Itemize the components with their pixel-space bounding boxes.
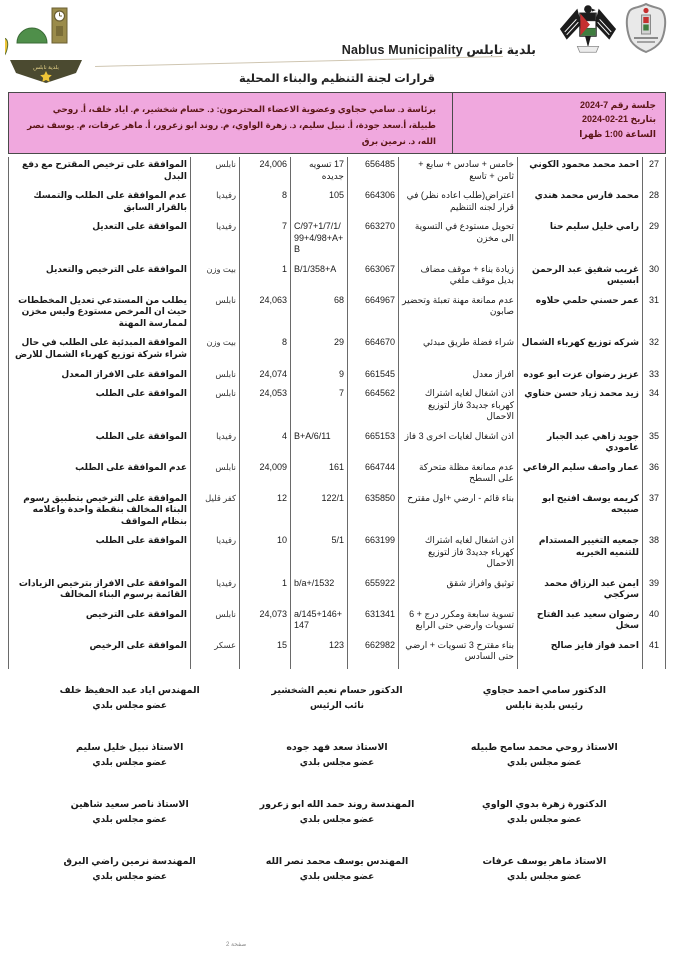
case-number: 665153 <box>347 429 398 460</box>
block-number: 12 <box>239 491 290 534</box>
row-number: 34 <box>642 386 665 429</box>
row-number: 38 <box>642 533 665 576</box>
block-number: 1 <box>239 262 290 293</box>
block-number: 24,073 <box>239 607 290 638</box>
plot-number: a/145+146+147 <box>290 607 347 638</box>
transaction-subject: زيادة بناء + موقف مضاف بديل موقف ملغي <box>398 262 517 293</box>
transaction-subject: شراء فضلة طريق مبدئي <box>398 335 517 366</box>
case-number: 663199 <box>347 533 398 576</box>
transaction-subject: اعتراض(طلب اعاده نظر) في قرار لجنه التنظ… <box>398 188 517 219</box>
table-row: 40رضوان سعيد عبد الفتاح سخلتسوية سابعة و… <box>9 607 665 638</box>
row-number: 39 <box>642 576 665 607</box>
table-row: 29رامي خليل سليم حناتحويل مستودع في التس… <box>9 219 665 262</box>
row-number: 32 <box>642 335 665 366</box>
row-number: 36 <box>642 460 665 491</box>
signatory-role: عضو مجلس بلدي <box>447 871 642 882</box>
session-number: جلسة رقم 7-2024 <box>462 98 656 112</box>
plot-number: b/a+/1532 <box>290 576 347 607</box>
applicant-name: جويد زاهي عبد الجبار عامودي <box>517 429 642 460</box>
signature-entry: الاستاذ سعد فهد جودهعضو مجلس بلدي <box>233 742 440 768</box>
plot-number: B/1/358+A <box>290 262 347 293</box>
decision-text: الموافقة على الافراز بترخيص الزيادات الق… <box>9 576 190 607</box>
signatures-grid: الدكتور سامي احمد حجاويرئيس بلدية نابلسا… <box>26 685 648 882</box>
block-number: 24,006 <box>239 157 290 188</box>
decision-text: الموافقة على الترخيص بتطبيق رسوم البناء … <box>9 491 190 534</box>
transaction-subject: بناء قائم - ارضي +اول مقترح <box>398 491 517 534</box>
applicant-name: رامي خليل سليم حنا <box>517 219 642 262</box>
table-row: 37كريمه يوسف افتيح ابو صبيحهبناء قائم - … <box>9 491 665 534</box>
table-row: 34زيد محمد زياد حسن حناوياذن اشغال لغايه… <box>9 386 665 429</box>
case-number: 661545 <box>347 367 398 387</box>
block-number: 8 <box>239 188 290 219</box>
area-name: نابلس <box>190 607 239 638</box>
signatory-name: الاستاذ ماهر يوسف عرفات <box>447 856 642 867</box>
svg-text:150: 150 <box>5 33 8 65</box>
block-number: 15 <box>239 638 290 669</box>
transaction-subject: تحويل مستودع في التسوية الى مخزن <box>398 219 517 262</box>
decision-text: الموافقة المبدئية على الطلب في حال شراء … <box>9 335 190 366</box>
table-row: 41احمد فواز فايز صالحبناء مقترح 3 تسويات… <box>9 638 665 669</box>
table-row: 27احمد محمد محمود الكونيخامس + سادس + سا… <box>9 157 665 188</box>
signatory-role: نائب الرئيس <box>239 700 434 711</box>
row-number: 33 <box>642 367 665 387</box>
plot-number: B+A/6/11 <box>290 429 347 460</box>
session-date: بتاريخ 21-02-2024 <box>462 112 656 126</box>
decisions-table: 27احمد محمد محمود الكونيخامس + سادس + سا… <box>8 157 666 669</box>
plot-number: 122/1 <box>290 491 347 534</box>
transaction-subject: اذن اشغال لغايه اشتراك كهرباء جديد3 فاز … <box>398 533 517 576</box>
signatory-role: عضو مجلس بلدي <box>32 700 227 711</box>
applicant-name: احمد فواز فايز صالح <box>517 638 642 669</box>
area-name: رفيديا <box>190 429 239 460</box>
row-number: 31 <box>642 293 665 336</box>
decision-text: الموافقة على الطلب <box>9 533 190 576</box>
signature-entry: الاستاذ نبيل خليل سليمعضو مجلس بلدي <box>26 742 233 768</box>
applicant-name: زيد محمد زياد حسن حناوي <box>517 386 642 429</box>
applicant-name: محمد فارس محمد هندي <box>517 188 642 219</box>
signature-entry: الدكتورة زهرة بدوي الواويعضو مجلس بلدي <box>441 799 648 825</box>
signatory-name: الاستاذ روحي محمد سامح طبيله <box>447 742 642 753</box>
decision-text: الموافقة على الرخيص <box>9 638 190 669</box>
case-number: 664670 <box>347 335 398 366</box>
block-number: 4 <box>239 429 290 460</box>
area-name: نابلس <box>190 157 239 188</box>
signatory-name: الاستاذ سعد فهد جوده <box>239 742 434 753</box>
applicant-name: كريمه يوسف افتيح ابو صبيحه <box>517 491 642 534</box>
signatory-role: عضو مجلس بلدي <box>239 757 434 768</box>
plot-number: 29 <box>290 335 347 366</box>
signatory-name: المهندس يوسف محمد نصر الله <box>239 856 434 867</box>
applicant-name: عزيز رضوان عزت ابو عوده <box>517 367 642 387</box>
plot-number: 105 <box>290 188 347 219</box>
table-row: 30غريب شفيق عبد الرحمن ابسيسزيادة بناء +… <box>9 262 665 293</box>
transaction-subject: عدم ممانعة مهنة تعبئة وتحضير صابون <box>398 293 517 336</box>
signature-entry: الدكتور سامي احمد حجاويرئيس بلدية نابلس <box>441 685 648 711</box>
signature-entry: الاستاذ روحي محمد سامح طبيلهعضو مجلس بلد… <box>441 742 648 768</box>
signatory-role: عضو مجلس بلدي <box>32 757 227 768</box>
municipality-name: بلدية نابلس Nablus Municipality <box>342 42 536 57</box>
block-number: 24,063 <box>239 293 290 336</box>
area-name: رفيديا <box>190 533 239 576</box>
case-number: 656485 <box>347 157 398 188</box>
area-name: رفيديا <box>190 219 239 262</box>
signatory-name: المهندسة روند حمد الله ابو زعرور <box>239 799 434 810</box>
decision-text: الموافقة على الطلب <box>9 386 190 429</box>
case-number: 635850 <box>347 491 398 534</box>
transaction-subject: اذن اشغال لغايه اشتراك كهرباء جديد3 فاز … <box>398 386 517 429</box>
transaction-subject: تسوية سابعة ومكرر درج + 6 تسويات وارضي ح… <box>398 607 517 638</box>
document-page: 150 بلدية نابلس <box>0 0 674 960</box>
signatory-role: عضو مجلس بلدي <box>447 814 642 825</box>
plot-number: 123 <box>290 638 347 669</box>
signatory-name: الاستاذ ناصر سعيد شاهين <box>32 799 227 810</box>
area-name: بيت وزن <box>190 262 239 293</box>
signatory-name: المهندس اياد عبد الحفيظ خلف <box>32 685 227 696</box>
session-header: جلسة رقم 7-2024 بتاريخ 21-02-2024 الساعة… <box>8 92 666 154</box>
area-name: نابلس <box>190 460 239 491</box>
case-number: 664744 <box>347 460 398 491</box>
area-name: كفر قليل <box>190 491 239 534</box>
area-name: عسكر <box>190 638 239 669</box>
decision-text: الموافقة على الطلب <box>9 429 190 460</box>
table-row: 36عمار واصف سليم الرفاعيعدم ممانعة مظلة … <box>9 460 665 491</box>
table-row: 33عزيز رضوان عزت ابو عودهافراز معدل66154… <box>9 367 665 387</box>
case-number: 664562 <box>347 386 398 429</box>
signature-entry: الدكتور حسام نعيم الشخشيرنائب الرئيس <box>233 685 440 711</box>
page-title: قرارات لجنة التنظيم والبناء المحلية <box>0 71 674 85</box>
letterhead: 150 بلدية نابلس <box>0 0 674 92</box>
page-number: صفحة 2 <box>226 941 246 948</box>
applicant-name: رضوان سعيد عبد الفتاح سخل <box>517 607 642 638</box>
transaction-subject: بناء مقترح 3 تسويات + ارضي حتى السادس <box>398 638 517 669</box>
signature-entry: المهندس اياد عبد الحفيظ خلفعضو مجلس بلدي <box>26 685 233 711</box>
area-name: رفيديا <box>190 188 239 219</box>
plot-number: 9 <box>290 367 347 387</box>
block-number: 1 <box>239 576 290 607</box>
case-number: 662982 <box>347 638 398 669</box>
row-number: 29 <box>642 219 665 262</box>
signatory-name: الدكتورة زهرة بدوي الواوي <box>447 799 642 810</box>
case-number: 663270 <box>347 219 398 262</box>
row-number: 27 <box>642 157 665 188</box>
applicant-name: جمعيه التغيير المستدام للتنميه الخيريه <box>517 533 642 576</box>
signatory-name: الدكتور سامي احمد حجاوي <box>447 685 642 696</box>
case-number: 664967 <box>347 293 398 336</box>
decision-text: الموافقة على الترخيص <box>9 607 190 638</box>
signatory-name: الاستاذ نبيل خليل سليم <box>32 742 227 753</box>
transaction-subject: افراز معدل <box>398 367 517 387</box>
table-row: 32شركه توزيع كهرباء الشمالشراء فضلة طريق… <box>9 335 665 366</box>
signature-entry: الاستاذ ناصر سعيد شاهينعضو مجلس بلدي <box>26 799 233 825</box>
plot-number: 161 <box>290 460 347 491</box>
area-name: بيت وزن <box>190 335 239 366</box>
row-number: 40 <box>642 607 665 638</box>
signature-entry: الاستاذ ماهر يوسف عرفاتعضو مجلس بلدي <box>441 856 648 882</box>
applicant-name: ايمن عبد الرزاق محمد سركجي <box>517 576 642 607</box>
case-number: 655922 <box>347 576 398 607</box>
decision-text: الموافقة على التعديل <box>9 219 190 262</box>
plot-number: 5/1 <box>290 533 347 576</box>
row-number: 30 <box>642 262 665 293</box>
signatory-role: عضو مجلس بلدي <box>239 814 434 825</box>
signatory-role: عضو مجلس بلدي <box>32 871 227 882</box>
emblems-group <box>558 2 671 61</box>
area-name: نابلس <box>190 367 239 387</box>
signatory-role: رئيس بلدية نابلس <box>447 700 642 711</box>
letterhead-divider <box>95 56 503 67</box>
row-number: 41 <box>642 638 665 669</box>
block-number: 24,009 <box>239 460 290 491</box>
table-row: 39ايمن عبد الرزاق محمد سركجيتوثيق وافراز… <box>9 576 665 607</box>
session-meta: جلسة رقم 7-2024 بتاريخ 21-02-2024 الساعة… <box>452 93 665 153</box>
plot-number: 7 <box>290 386 347 429</box>
table-row: 38جمعيه التغيير المستدام للتنميه الخيريه… <box>9 533 665 576</box>
decision-text: عدم الموافقة على الطلب والتمسك بالقرار ا… <box>9 188 190 219</box>
applicant-name: عمار واصف سليم الرفاعي <box>517 460 642 491</box>
row-number: 37 <box>642 491 665 534</box>
signature-entry: المهندسة نرمين راضي البرقعضو مجلس بلدي <box>26 856 233 882</box>
plot-number: 17 تسويه جديده <box>290 157 347 188</box>
signatory-name: الدكتور حسام نعيم الشخشير <box>239 685 434 696</box>
decision-text: الموافقة على ترخيص المقترح مع دفع البدل <box>9 157 190 188</box>
block-number: 10 <box>239 533 290 576</box>
table-row: 28محمد فارس محمد هندياعتراض(طلب اعاده نظ… <box>9 188 665 219</box>
block-number: 24,074 <box>239 367 290 387</box>
signatory-name: المهندسة نرمين راضي البرق <box>32 856 227 867</box>
decision-text: عدم الموافقة على الطلب <box>9 460 190 491</box>
transaction-subject: عدم ممانعة مظلة متحركة على السطح <box>398 460 517 491</box>
applicant-name: غريب شفيق عبد الرحمن ابسيس <box>517 262 642 293</box>
transaction-subject: اذن اشغال لغايات اخرى 3 فاز <box>398 429 517 460</box>
case-number: 631341 <box>347 607 398 638</box>
table-row: 35جويد زاهي عبد الجبار عامودياذن اشغال ل… <box>9 429 665 460</box>
session-attendees: برئاسة د. سامي حجاوي وعضوية الاعضاء المح… <box>9 93 452 153</box>
area-name: رفيديا <box>190 576 239 607</box>
applicant-name: احمد محمد محمود الكوني <box>517 157 642 188</box>
case-number: 664306 <box>347 188 398 219</box>
signature-entry: المهندسة روند حمد الله ابو زعرورعضو مجلس… <box>233 799 440 825</box>
table-row: 31عمر حسني حلمي حلاوهعدم ممانعة مهنة تعب… <box>9 293 665 336</box>
transaction-subject: خامس + سادس + سابع + ثامن + تاسع <box>398 157 517 188</box>
signatory-role: عضو مجلس بلدي <box>32 814 227 825</box>
signatory-role: عضو مجلس بلدي <box>239 871 434 882</box>
plot-number: C/97+1/7/1/99+4/98+A+B <box>290 219 347 262</box>
case-number: 663067 <box>347 262 398 293</box>
decision-text: يطلب من المستدعي تعديل المخططات حيث ان ا… <box>9 293 190 336</box>
signatory-role: عضو مجلس بلدي <box>447 757 642 768</box>
nablus-municipality-emblem-icon <box>621 2 671 59</box>
signature-entry: المهندس يوسف محمد نصر اللهعضو مجلس بلدي <box>233 856 440 882</box>
session-time: الساعة 1:00 ظهرا <box>462 127 656 141</box>
transaction-subject: توثيق وافراز شقق <box>398 576 517 607</box>
decision-text: الموافقة على الترخيص والتعديل <box>9 262 190 293</box>
block-number: 7 <box>239 219 290 262</box>
applicant-name: شركه توزيع كهرباء الشمال <box>517 335 642 366</box>
area-name: نابلس <box>190 293 239 336</box>
row-number: 35 <box>642 429 665 460</box>
plot-number: 68 <box>290 293 347 336</box>
area-name: نابلس <box>190 386 239 429</box>
block-number: 24,053 <box>239 386 290 429</box>
palestine-eagle-emblem-icon <box>558 2 618 61</box>
applicant-name: عمر حسني حلمي حلاوه <box>517 293 642 336</box>
decision-text: الموافقة على الافراز المعدل <box>9 367 190 387</box>
block-number: 8 <box>239 335 290 366</box>
row-number: 28 <box>642 188 665 219</box>
